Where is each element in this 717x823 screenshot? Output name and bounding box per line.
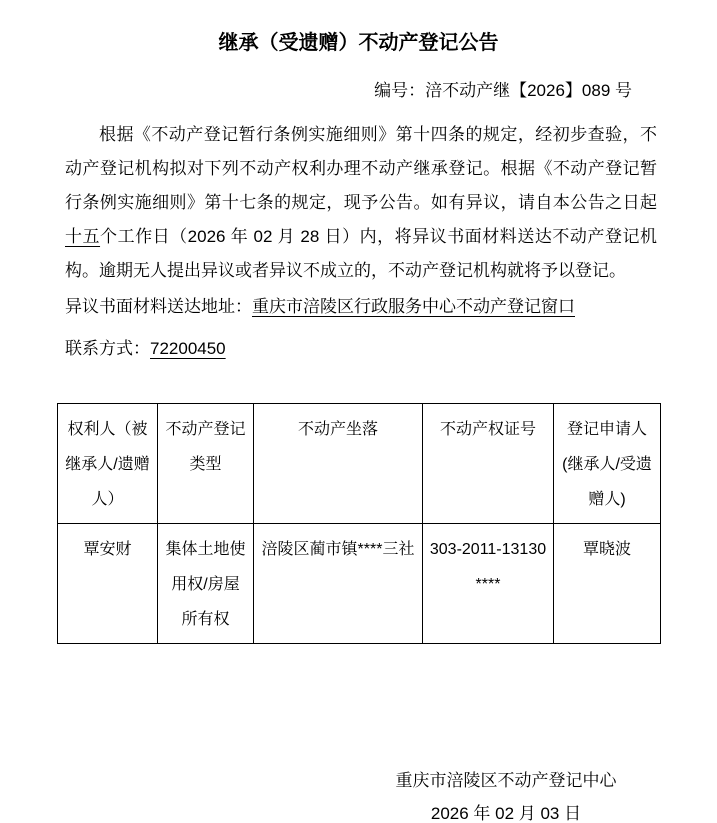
paragraph-text-part2: 个工作日（2026 年 02 月 28 日）内，将异议书面材料送达不动产登记机构…: [65, 227, 657, 280]
table-header-row: 权利人（被继承人/遗赠人） 不动产登记类型 不动产坐落 不动产权证号 登记申请人…: [58, 404, 661, 524]
cell-applicant: 覃晓波: [554, 524, 661, 644]
cell-property-location: 涪陵区蔺市镇****三社: [254, 524, 423, 644]
th-property-location: 不动产坐落: [254, 404, 423, 524]
th-certificate-number: 不动产权证号: [423, 404, 554, 524]
registration-table: 权利人（被继承人/遗赠人） 不动产登记类型 不动产坐落 不动产权证号 登记申请人…: [57, 403, 661, 644]
th-right-holder: 权利人（被继承人/遗赠人）: [58, 404, 158, 524]
objection-address-line: 异议书面材料送达地址：重庆市涪陵区行政服务中心不动产登记窗口: [65, 292, 657, 322]
address-value: 重庆市涪陵区行政服务中心不动产登记窗口: [252, 297, 575, 316]
notice-paragraph: 根据《不动产登记暂行条例实施细则》第十四条的规定，经初步查验，不动产登记机构拟对…: [65, 118, 657, 288]
announcement-page: 继承（受遗赠）不动产登记公告 编号：涪不动产继【2026】089 号 根据《不动…: [0, 0, 717, 823]
cell-certificate-number: 303-2011-13130****: [423, 524, 554, 644]
document-number: 编号：涪不动产继【2026】089 号: [0, 80, 717, 102]
paragraph-underlined-days: 十五: [65, 227, 100, 246]
th-registration-type: 不动产登记类型: [158, 404, 254, 524]
signature-block: 重庆市涪陵区不动产登记中心 2026 年 02 月 03 日: [366, 764, 646, 823]
issue-date: 2026 年 02 月 03 日: [366, 797, 646, 823]
table-row: 覃安财 集体土地使用权/房屋所有权 涪陵区蔺市镇****三社 303-2011-…: [58, 524, 661, 644]
contact-label: 联系方式：: [65, 339, 150, 358]
issuing-organization: 重庆市涪陵区不动产登记中心: [366, 764, 646, 797]
page-title: 继承（受遗赠）不动产登记公告: [0, 28, 717, 58]
paragraph-text-part1: 根据《不动产登记暂行条例实施细则》第十四条的规定，经初步查验，不动产登记机构拟对…: [65, 125, 657, 212]
cell-registration-type: 集体土地使用权/房屋所有权: [158, 524, 254, 644]
address-label: 异议书面材料送达地址：: [65, 297, 252, 316]
cell-right-holder: 覃安财: [58, 524, 158, 644]
contact-line: 联系方式：72200450: [65, 334, 657, 364]
th-applicant: 登记申请人(继承人/受遗赠人): [554, 404, 661, 524]
contact-value: 72200450: [150, 339, 226, 358]
